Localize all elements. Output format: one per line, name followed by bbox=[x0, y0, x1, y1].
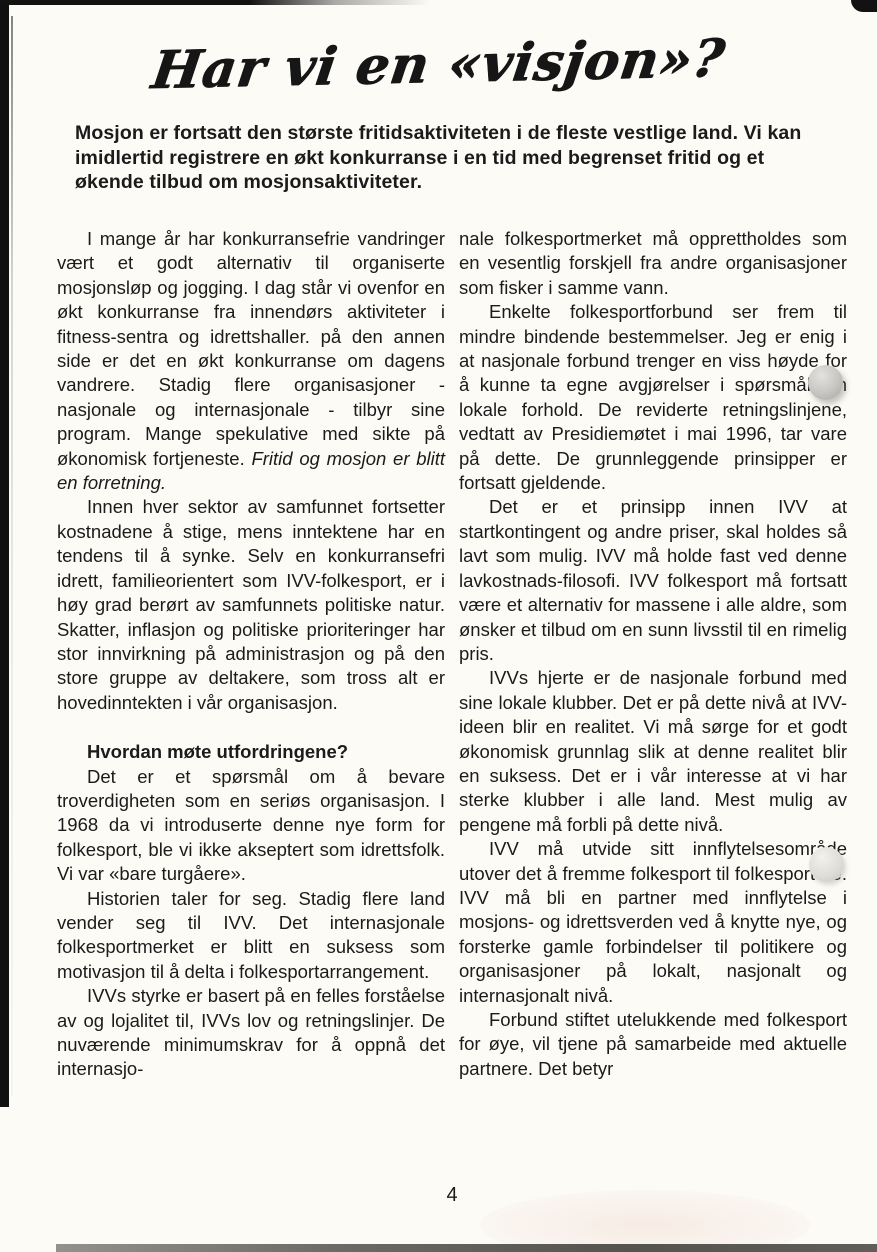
scanned-document-page: Har vi en «visjon»? Mosjon er fortsatt d… bbox=[0, 0, 877, 1252]
paragraph-text: I mange år har konkurransefrie vandringe… bbox=[57, 228, 445, 469]
article-title-text: Har vi en «visjon»? bbox=[148, 28, 729, 101]
section-heading: Hvordan møte utfordringene? bbox=[57, 740, 445, 764]
paragraph: IVV må utvide sitt innflytelsesområde ut… bbox=[459, 837, 847, 1008]
right-column: nale folkesportmerket må opprettholdes s… bbox=[459, 227, 847, 1082]
paragraph: nale folkesportmerket må opprettholdes s… bbox=[459, 227, 847, 300]
scan-edge-top-line bbox=[0, 0, 430, 5]
scan-edge-top-right-corner bbox=[851, 0, 877, 12]
paragraph: Forbund stiftet utelukkende med folkespo… bbox=[459, 1008, 847, 1081]
paragraph: IVVs styrke er basert på en felles forst… bbox=[57, 984, 445, 1082]
scan-edge-left-bar bbox=[0, 0, 9, 1107]
paragraph: Innen hver sektor av samfunnet fortsette… bbox=[57, 495, 445, 715]
article-body: I mange år har konkurransefrie vandringe… bbox=[57, 227, 847, 1082]
page-number: 4 bbox=[57, 1184, 847, 1207]
intro-paragraph: Mosjon er fortsatt den største fritidsak… bbox=[75, 121, 817, 195]
article-title: Har vi en «visjon»? bbox=[0, 34, 877, 95]
paragraph: Det er et spørsmål om å bevare troverdig… bbox=[57, 765, 445, 887]
paragraph: I mange år har konkurransefrie vandringe… bbox=[57, 227, 445, 495]
paragraph: Historien taler for seg. Stadig flere la… bbox=[57, 887, 445, 985]
paragraph: IVVs hjerte er de nasjonale forbund med … bbox=[459, 666, 847, 837]
paragraph: Enkelte folkesportforbund ser frem til m… bbox=[459, 300, 847, 495]
hole-punch-top bbox=[808, 365, 843, 400]
scan-page-edge-line bbox=[11, 16, 13, 1096]
scan-edge-bottom-bar bbox=[56, 1244, 877, 1252]
paragraph: Det er et prinsipp innen IVV at startkon… bbox=[459, 495, 847, 666]
left-column: I mange år har konkurransefrie vandringe… bbox=[57, 227, 445, 1082]
hole-punch-bottom bbox=[809, 847, 844, 882]
